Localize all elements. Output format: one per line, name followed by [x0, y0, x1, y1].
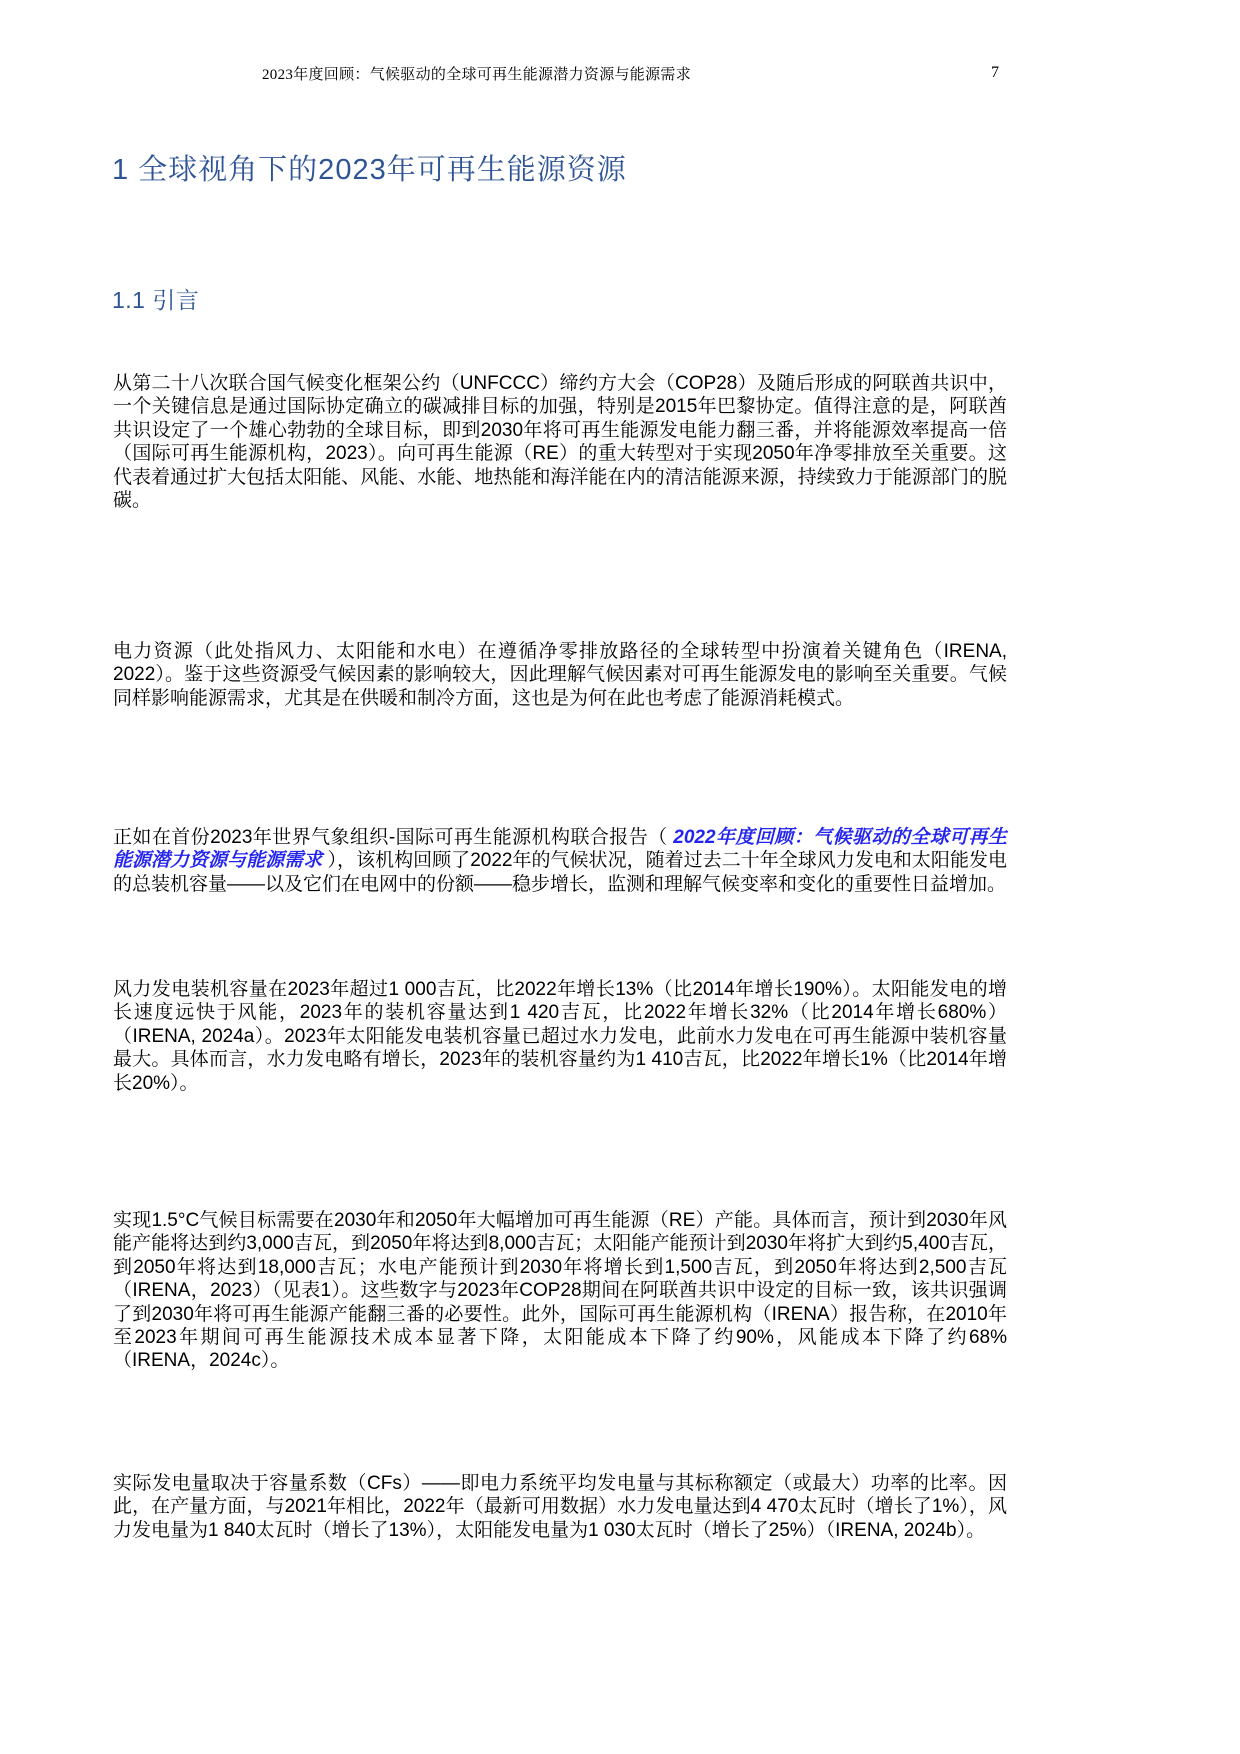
paragraph-cop28-consensus: 从第二十八次联合国气候变化框架公约（UNFCCC）缔约方大会（COP28）及随后…	[113, 372, 1007, 512]
paragraph-climate-targets: 实现1.5°C气候目标需要在2030年和2050年大幅增加可再生能源（RE）产能…	[113, 1209, 1007, 1373]
page-number: 7	[991, 64, 999, 82]
section-heading: 1 全球视角下的2023年可再生能源资源	[112, 147, 627, 188]
paragraph-joint-report: 正如在首份2023年世界气象组织-国际可再生能源机构联合报告（ 2022年度回顾…	[113, 826, 1007, 896]
paragraph-power-resources: 电力资源（此处指风力、太阳能和水电）在遵循净零排放路径的全球转型中扮演着关键角色…	[113, 640, 1007, 710]
document-page: 2023年度回顾：气候驱动的全球可再生能源潜力资源与能源需求 7 1 全球视角下…	[0, 0, 1240, 1754]
subsection-heading-introduction: 1.1 引言	[112, 282, 199, 315]
paragraph-joint-report-lead: 正如在首份2023年世界气象组织-国际可再生能源机构联合报告（	[113, 827, 673, 848]
paragraph-capacity-growth: 风力发电装机容量在2023年超过1 000吉瓦，比2022年增长13%（比201…	[113, 978, 1007, 1095]
running-header-title: 2023年度回顾：气候驱动的全球可再生能源潜力资源与能源需求	[262, 66, 691, 84]
paragraph-capacity-factors: 实际发电量取决于容量系数（CFs）——即电力系统平均发电量与其标称额定（或最大）…	[113, 1472, 1007, 1542]
